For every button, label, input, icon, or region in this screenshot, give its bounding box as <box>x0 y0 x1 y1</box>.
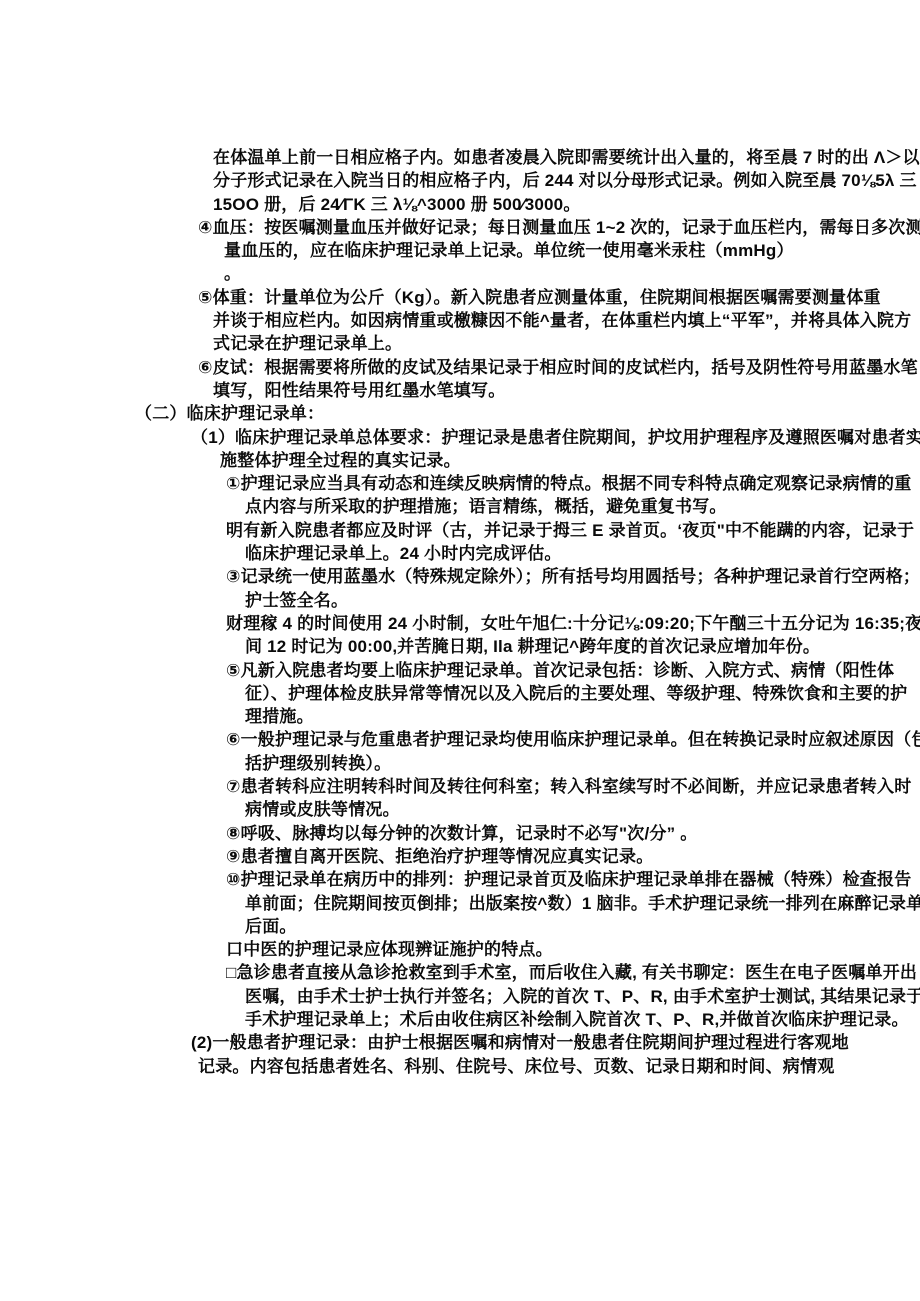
text-line: ③记录统一使用蓝墨水（特殊规定除外）；所有括号均用圆括号；各种护理记录首行空两格… <box>0 565 920 588</box>
text-line: ⑩护理记录单在病历中的排列：护理记录首页及临床护理记录单排在器械（特殊）检查报告 <box>0 868 920 891</box>
text-line: （二）临床护理记录单： <box>0 402 920 425</box>
text-line: (2)一般患者护理记录：由护士根据医嘱和病情对一般患者住院期间护理过程进行客观地 <box>0 1031 920 1054</box>
text-line: 理措施。 <box>0 705 920 728</box>
text-line: ⑤体重：计量单位为公斤（Kg）。新入院患者应测量体重，住院期间根据医嘱需要测量体… <box>0 286 920 309</box>
text-line: 单前面；住院期间按页倒排；出版案按^数）1 脑非。手术护理记录统一排列在麻醉记录… <box>0 892 920 915</box>
text-line: 征）、护理体检皮肤异常等情况以及入院后的主要处理、等级护理、特殊饮食和主要的护 <box>0 682 920 705</box>
text-line: 并谈于相应栏内。如因病情重或檄糠因不能^量者，在体重栏内填上“平军”，并将具体入… <box>0 309 920 332</box>
text-line: 在体温单上前一日相应格子内。如患者凌晨入院即需要统计出入量的，将至晨 7 时的出… <box>0 146 920 169</box>
text-line: 填写，阳性结果符号用红墨水笔填写。 <box>0 379 920 402</box>
text-line: 施整体护理全过程的真实记录。 <box>0 449 920 472</box>
text-line: 医嘱，由手术士护士执行并签名；入院的首次 T、P、R, 由手术室护士测试, 其结… <box>0 985 920 1008</box>
text-line: ⑨患者擅自离开医院、拒绝治疗护理等情况应真实记录。 <box>0 845 920 868</box>
text-line: 间 12 时记为 00:00,并苦腌日期, Ila 耕理记^跨年度的首次记录应增… <box>0 635 920 658</box>
text-line: 护士签全名。 <box>0 589 920 612</box>
text-line: 口中医的护理记录应体现辨证施护的特点。 <box>0 938 920 961</box>
document-body: 在体温单上前一日相应格子内。如患者凌晨入院即需要统计出入量的，将至晨 7 时的出… <box>0 146 920 1078</box>
document-page: 在体温单上前一日相应格子内。如患者凌晨入院即需要统计出入量的，将至晨 7 时的出… <box>0 0 920 1301</box>
text-line: 临床护理记录单上。24 小时内完成评估。 <box>0 542 920 565</box>
text-line: ⑧呼吸、脉搏均以每分钟的次数计算，记录时不必写"次/分” 。 <box>0 822 920 845</box>
text-line: 式记录在护理记录单上。 <box>0 332 920 355</box>
text-line: 病情或皮肤等情况。 <box>0 798 920 821</box>
text-line: ④血压：按医嘱测量血压并做好记录；每日测量血压 1~2 次的，记录于血压栏内，需… <box>0 216 920 239</box>
text-line: 点内容与所采取的护理措施；语言精练，概括，避免重复书写。 <box>0 495 920 518</box>
text-line: 量血压的，应在临床护理记录单上记录。单位统一使用毫米汞柱（mmHg） <box>0 239 920 262</box>
text-line: 15OO 册，后 24∕ΓK 三 λ⅛^3000 册 500∕3000。 <box>0 193 920 216</box>
text-line: 。 <box>0 262 920 285</box>
text-line: 手术护理记录单上；术后由收住病区补绘制入院首次 T、P、R,并做首次临床护理记录… <box>0 1008 920 1031</box>
text-line: ⑥皮试：根据需要将所做的皮试及结果记录于相应时间的皮试栏内，括号及阴性符号用蓝墨… <box>0 356 920 379</box>
text-line: 后面。 <box>0 915 920 938</box>
text-line: ⑦患者转科应注明转科时间及转往何科室；转入科室续写时不必间断，并应记录患者转入时 <box>0 775 920 798</box>
text-line: 财理稼 4 的时间使用 24 小时制，女吐午旭仁:十分记⅛:09:20;下午酗三… <box>0 612 920 635</box>
text-line: 分子形式记录在入院当日的相应格子内，后 244 对以分母形式记录。例如入院至晨 … <box>0 169 920 192</box>
text-line: （1）临床护理记录单总体要求：护理记录是患者住院期间，护坟用护理程序及遵照医嘱对… <box>0 426 920 449</box>
text-line: 记录。内容包括患者姓名、科别、住院号、床位号、页数、记录日期和时间、病情观 <box>0 1055 920 1078</box>
text-line: 括护理级别转换）。 <box>0 752 920 775</box>
text-line: ⑤凡新入院患者均要上临床护理记录单。首次记录包括：诊断、入院方式、病情（阳性体 <box>0 659 920 682</box>
text-line: 明有新入院患者都应及时评（古，并记录于拇三 E 录首页。‘夜页"中不能蹒的内容，… <box>0 519 920 542</box>
text-line: □急诊患者直接从急诊抢救室到手术室，而后收住入藏, 有关书聊定：医生在电子医嘱单… <box>0 961 920 984</box>
text-line: ①护理记录应当具有动态和连续反映病情的特点。根据不同专科特点确定观察记录病情的重 <box>0 472 920 495</box>
text-line: ⑥一般护理记录与危重患者护理记录均使用临床护理记录单。但在转换记录时应叙述原因（… <box>0 728 920 751</box>
